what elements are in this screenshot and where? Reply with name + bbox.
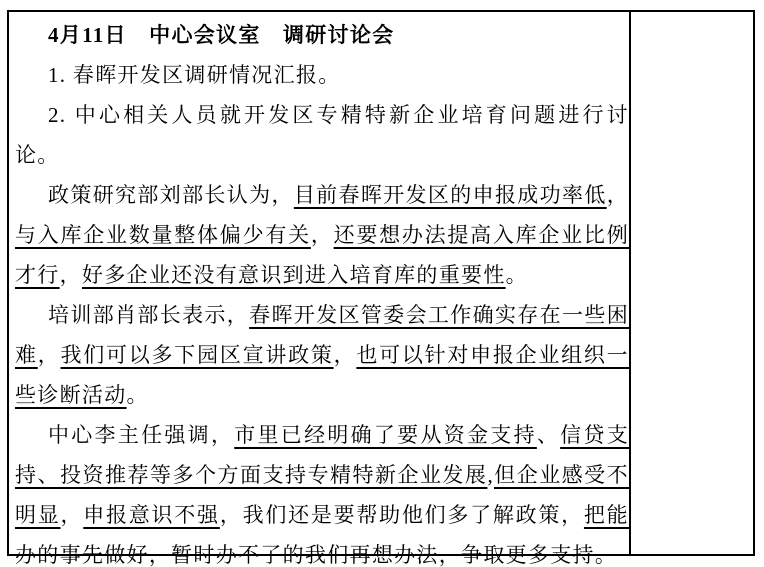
underlined-text-segment: 争取更多支持 (461, 543, 595, 567)
text-segment: ， (334, 343, 357, 367)
text-segment: 。 (595, 543, 617, 567)
remark-policy-research-director-liu: 政策研究部刘部长认为，目前春晖开发区的申报成功率低，与入库企业数量整体偏少有关，… (15, 175, 629, 295)
text-segment: ， (607, 183, 629, 207)
text-segment: ， (311, 223, 334, 247)
text-segment: ，我们还是要帮助他们多了解政策， (220, 503, 584, 527)
text-segment: 4月11日 中心会议室 调研讨论会 (48, 23, 394, 47)
text-segment: ， (38, 343, 61, 367)
underlined-text-segment: 好多企业还没有意识到进入培育库的重要性 (82, 263, 506, 287)
underlined-text-segment: 申报意识不强 (83, 503, 220, 527)
text-segment: 。 (506, 263, 528, 287)
underlined-text-segment: 我们可以多下园区宣讲政策 (61, 343, 334, 367)
notes-empty-cell (631, 12, 753, 554)
minutes-table: 4月11日 中心会议室 调研讨论会1. 春晖开发区调研情况汇报。2. 中心相关人… (7, 10, 755, 556)
agenda-item-2: 2. 中心相关人员就开发区专精特新企业培育问题进行讨论。 (15, 95, 629, 175)
text-segment: 培训部肖部长表示， (48, 303, 249, 327)
underlined-text-segment: 暂时办不了的我们再想办法 (171, 543, 439, 567)
text-segment: ， (60, 263, 82, 287)
agenda-item-1: 1. 春晖开发区调研情况汇报。 (15, 55, 629, 95)
underlined-text-segment: 与入库企业数量整体偏少有关 (15, 223, 311, 247)
text-segment: ， (61, 503, 84, 527)
text-segment: 1. 春晖开发区调研情况汇报。 (48, 63, 341, 87)
underlined-text-segment: 目前春晖开发区的申报成功率低 (294, 183, 607, 207)
remark-training-director-xiao: 培训部肖部长表示，春晖开发区管委会工作确实存在一些困难，我们可以多下园区宣讲政策… (15, 295, 629, 415)
minutes-content-cell: 4月11日 中心会议室 调研讨论会1. 春晖开发区调研情况汇报。2. 中心相关人… (9, 12, 631, 554)
text-segment: ， (149, 543, 171, 567)
text-segment: 政策研究部刘部长认为， (48, 183, 294, 207)
remark-center-director-li: 中心李主任强调，市里已经明确了要从资金支持、信贷支持、投资推荐等多个方面支持专精… (15, 415, 629, 567)
text-segment: 。 (127, 383, 149, 407)
text-segment: ， (439, 543, 461, 567)
meeting-header: 4月11日 中心会议室 调研讨论会 (15, 15, 629, 55)
text-segment: 中心李主任强调， (48, 423, 234, 447)
text-segment: 、 (537, 423, 560, 447)
text-segment: 2. 中心相关人员就开发区专精特新企业培育问题进行讨论。 (15, 103, 629, 167)
underlined-text-segment: 市里已经明确了要从资金支持 (234, 423, 537, 447)
